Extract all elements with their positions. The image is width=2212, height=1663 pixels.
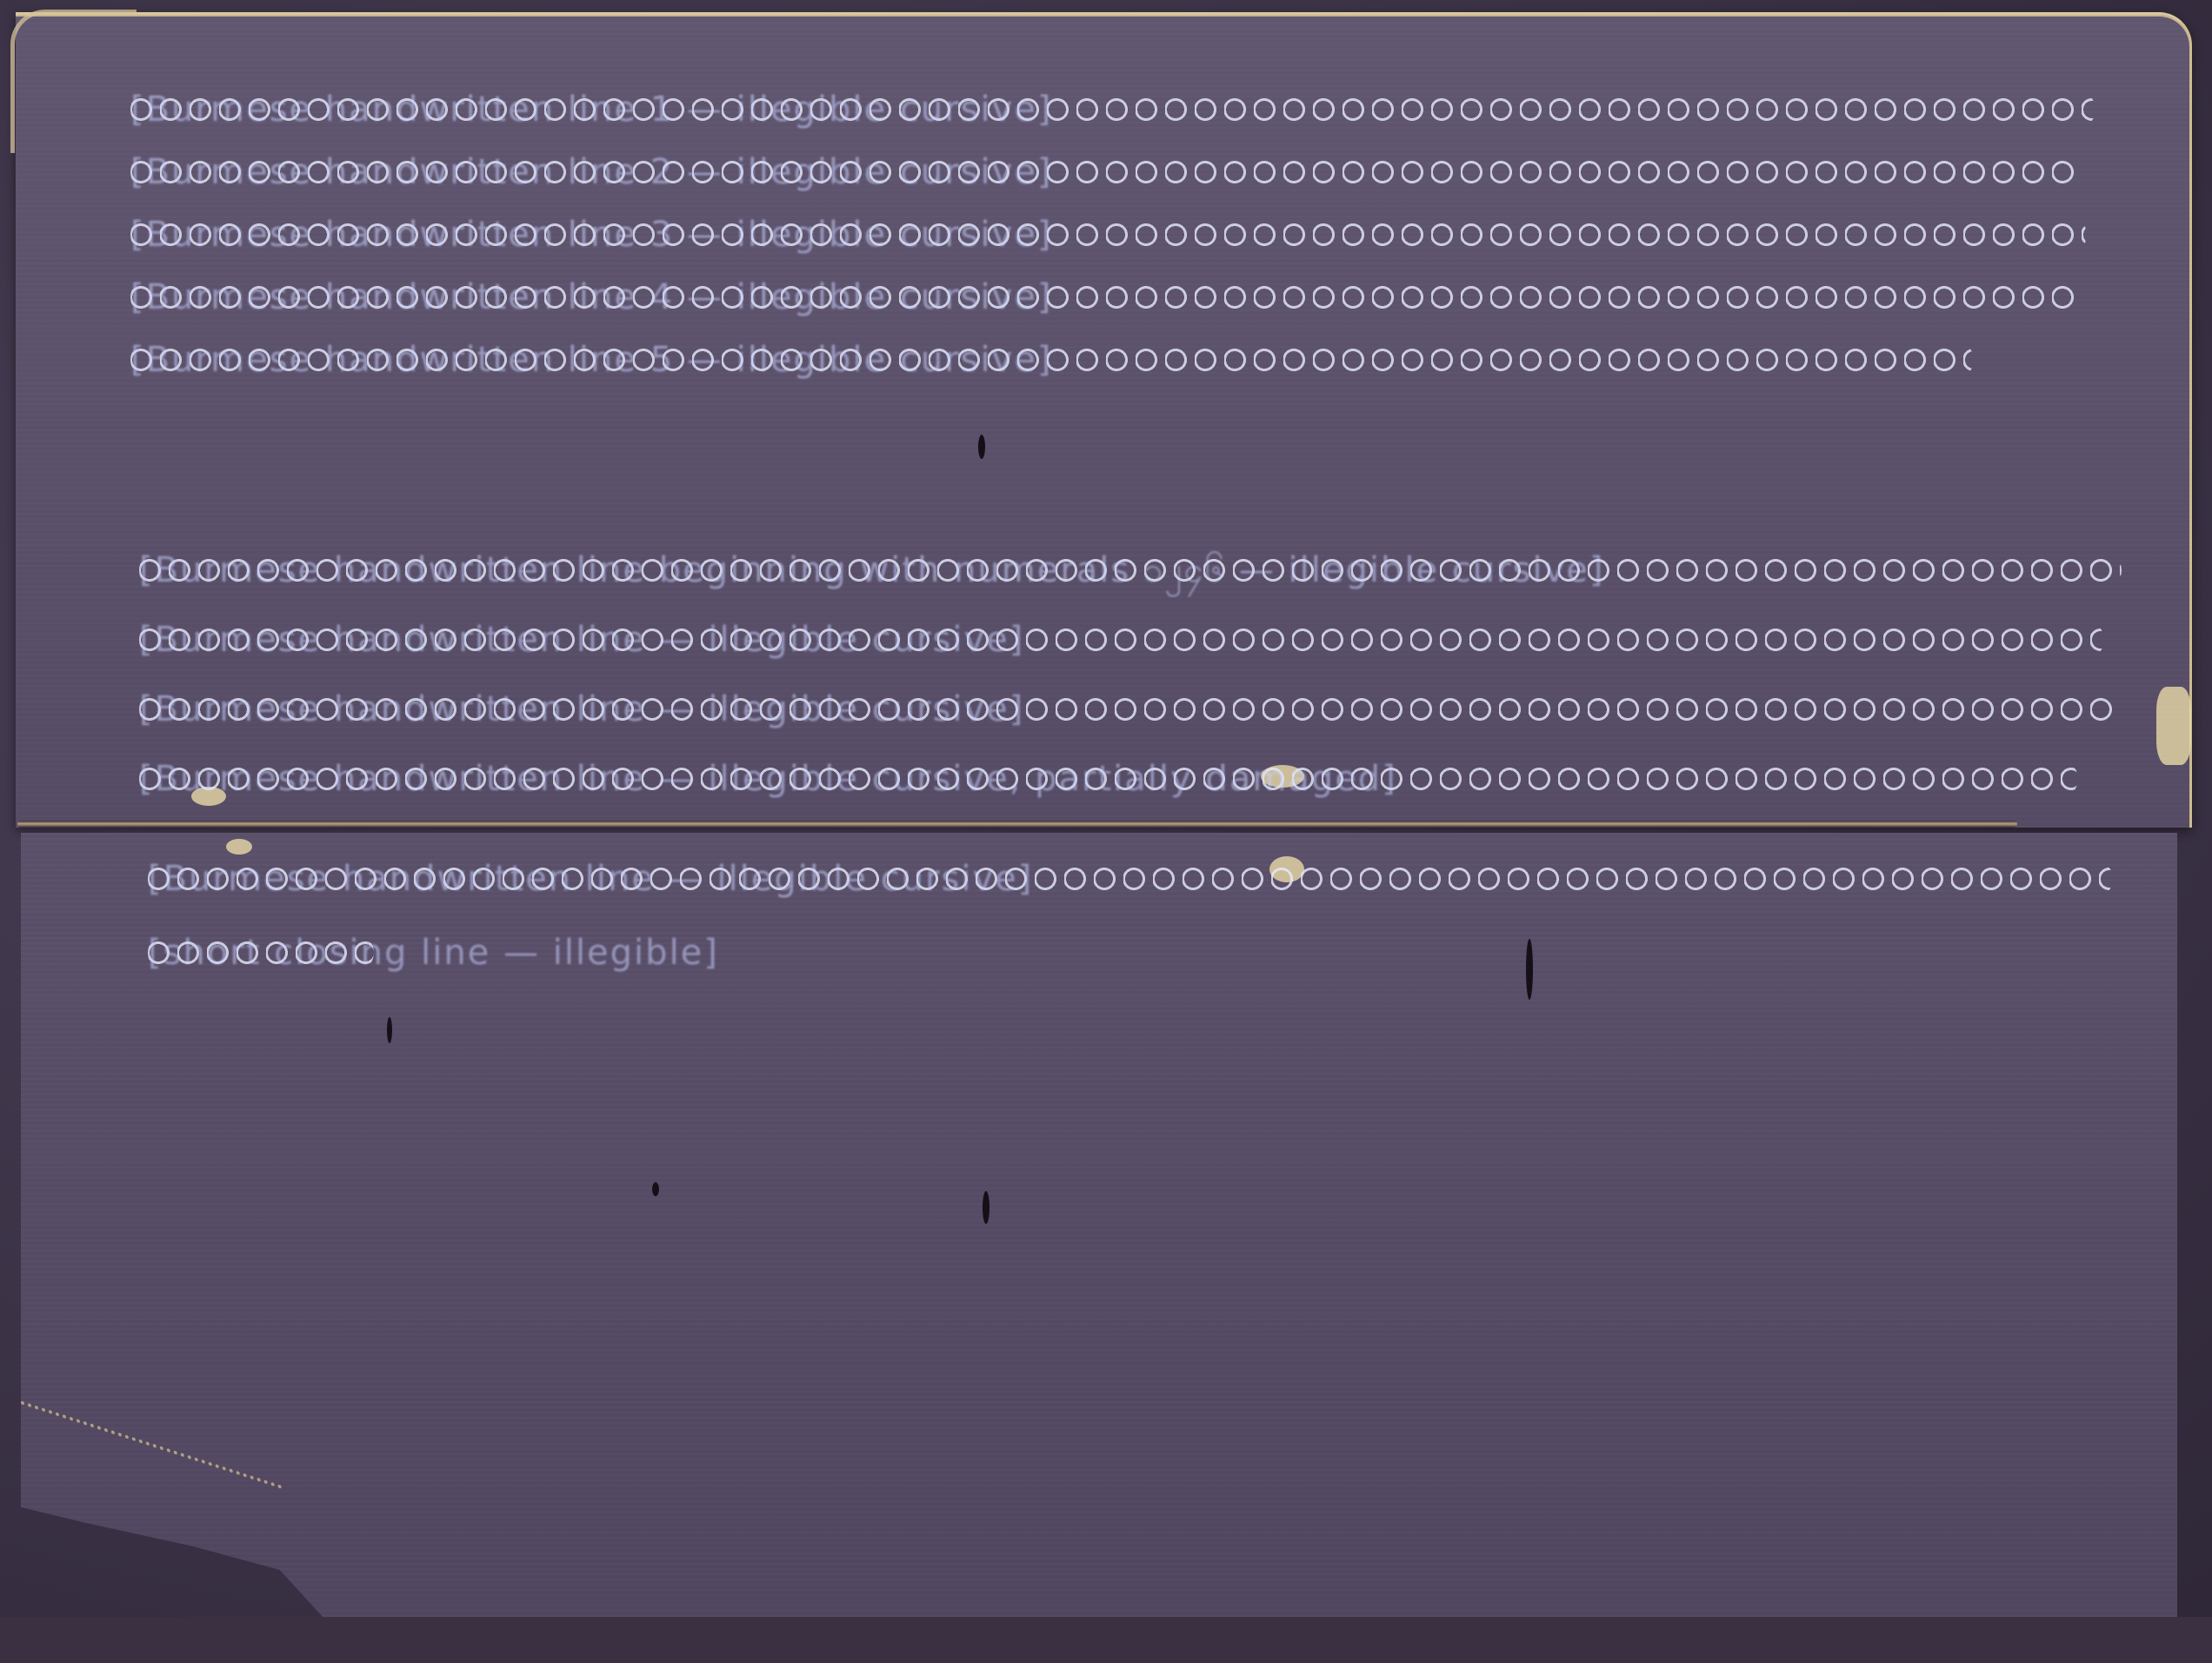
- line-text: [Burmese handwritten line — illegible cu…: [139, 609, 1024, 671]
- line-text: [Burmese handwritten line — illegible cu…: [139, 748, 1397, 810]
- manuscript-line: [Burmese handwritten line 4 — illegible …: [130, 266, 2095, 329]
- paper-hole: [978, 435, 985, 459]
- text-block-1: [Burmese handwritten line 1 — illegible …: [130, 78, 2095, 391]
- manuscript-line: [Burmese handwritten line 3 — illegible …: [130, 203, 2095, 266]
- line-text: [Burmese handwritten line 4 — illegible …: [130, 266, 1053, 329]
- manuscript-line: [Burmese handwritten line 5 — illegible …: [130, 329, 2095, 391]
- line-text: [Burmese handwritten line beginning with…: [139, 539, 1604, 602]
- paper-hole: [983, 1191, 989, 1224]
- paper-damage-spot: [2156, 687, 2191, 765]
- line-text: [short closing line — illegible]: [148, 921, 719, 984]
- manuscript-line: [Burmese handwritten line 1 — illegible …: [130, 78, 2095, 141]
- line-text: [Burmese handwritten line 2 — illegible …: [130, 141, 1053, 203]
- line-text: [Burmese handwritten line 3 — illegible …: [130, 203, 1053, 266]
- manuscript-line: [short closing line — illegible]: [148, 921, 2148, 995]
- manuscript-line: [Burmese handwritten line — illegible cu…: [139, 678, 2139, 748]
- manuscript-line: [Burmese handwritten line — illegible cu…: [148, 848, 2148, 921]
- manuscript-line: [Burmese handwritten line — illegible cu…: [139, 748, 2139, 817]
- paper-hole: [387, 1017, 392, 1043]
- fold-crease: [17, 821, 2017, 828]
- line-text: [Burmese handwritten line 1 — illegible …: [130, 78, 1053, 141]
- line-text: [Burmese handwritten line — illegible cu…: [148, 848, 1033, 910]
- text-block-3: [Burmese handwritten line — illegible cu…: [148, 848, 2148, 995]
- line-text: [Burmese handwritten line 5 — illegible …: [130, 329, 1053, 391]
- manuscript-line: [Burmese handwritten line — illegible cu…: [139, 609, 2139, 678]
- line-text: [Burmese handwritten line — illegible cu…: [139, 678, 1024, 741]
- manuscript-line: [Burmese handwritten line beginning with…: [139, 539, 2139, 609]
- paper-hole: [652, 1182, 659, 1196]
- manuscript-line: [Burmese handwritten line 2 — illegible …: [130, 141, 2095, 203]
- text-block-2: [Burmese handwritten line beginning with…: [139, 539, 2139, 817]
